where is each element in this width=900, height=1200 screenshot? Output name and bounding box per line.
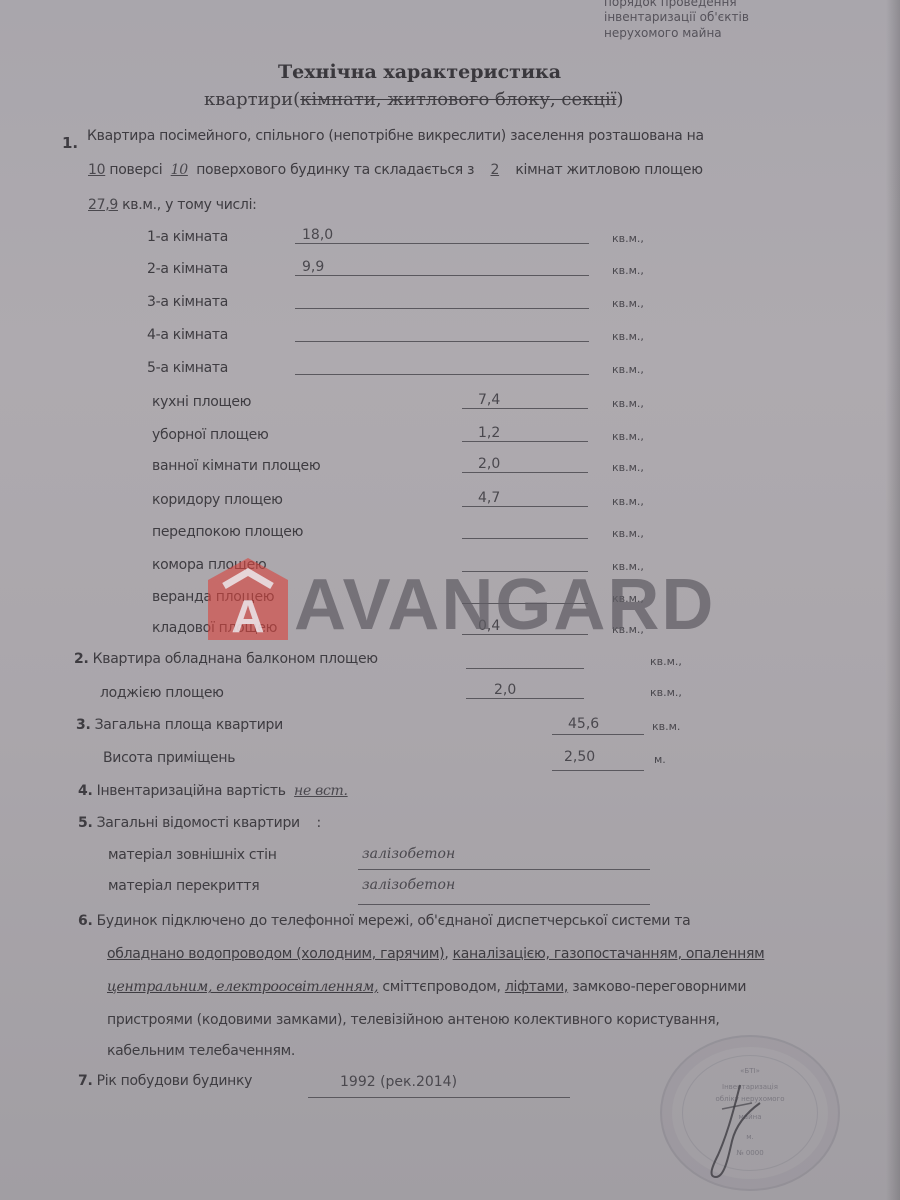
- room-area-line: [462, 538, 588, 539]
- section-6-text3b: замково-переговорними: [568, 979, 746, 995]
- section-4-line: 4. Інвентаризаційна вартість не вст.: [78, 783, 348, 799]
- avangard-logo-icon: A: [202, 556, 294, 642]
- document-subtitle: квартири(кімнати, житлового блоку, секці…: [204, 89, 624, 110]
- build-year-value: 1992 (рек.2014): [340, 1074, 457, 1090]
- general-info-label: Загальні відомості квартири: [97, 815, 300, 831]
- section-1-number: 1.: [62, 134, 78, 152]
- room-area-unit: кв.м.,: [612, 264, 644, 277]
- section-2-number: 2.: [74, 651, 88, 667]
- official-stamp: «БТІ» Інвентаризація обліку нерухомого м…: [660, 1035, 840, 1191]
- room-area-unit: кв.м.,: [612, 527, 644, 540]
- section-7-number: 7.: [78, 1073, 92, 1089]
- build-year-label: Рік побудови будинку: [97, 1073, 253, 1089]
- walls-line: [358, 869, 650, 870]
- height-line: [552, 770, 644, 771]
- room-area-value: 2,0: [478, 456, 500, 472]
- section-6-line1: 6. Будинок підключено до телефонної мере…: [78, 913, 690, 929]
- room-area-line: [462, 441, 588, 442]
- ceiling-line: [358, 904, 650, 905]
- total-area-line: [552, 734, 644, 735]
- room-area-line: [462, 506, 588, 507]
- room-area-value: 9,9: [302, 259, 324, 275]
- section-3-line1: 3. Загальна площа квартири: [76, 717, 283, 733]
- room-area-label: 2-а кімната: [147, 261, 228, 277]
- ceiling-value: залізобетон: [362, 877, 455, 893]
- room-area-unit: кв.м.,: [612, 461, 644, 474]
- height-value: 2,50: [564, 749, 595, 765]
- section-1-line1: Квартира посімейного, спільного (непотрі…: [87, 128, 704, 144]
- section-6-line4: пристроями (кодовими замками), телевізій…: [107, 1012, 720, 1028]
- section-6-text1: Будинок підключено до телефонної мережі,…: [97, 913, 691, 929]
- room-area-value: 7,4: [478, 392, 500, 408]
- balcony-unit: кв.м.,: [650, 655, 682, 668]
- room-area-label: 4-а кімната: [147, 327, 228, 343]
- section-7-line: 7. Рік побудови будинку: [78, 1073, 252, 1089]
- subtitle-struck: кімнати, житлового блоку, секції: [300, 89, 616, 110]
- section-4-number: 4.: [78, 783, 92, 799]
- avangard-watermark: A AVANGARD: [196, 556, 716, 644]
- room-area-unit: кв.м.,: [612, 330, 644, 343]
- room-area-label: 3-а кімната: [147, 294, 228, 310]
- section-5-number: 5.: [78, 815, 92, 831]
- rooms-label: кімнат житловою площею: [515, 162, 702, 178]
- room-area-unit: кв.м.,: [612, 232, 644, 245]
- floor-value: 10: [88, 162, 105, 178]
- room-area-label: кухні площею: [152, 394, 251, 410]
- height-label: Висота приміщень: [103, 750, 235, 766]
- room-area-label: 1-а кімната: [147, 229, 228, 245]
- room-area-label: коридору площею: [152, 492, 283, 508]
- general-info-colon: :: [316, 815, 320, 831]
- balcony-line: [466, 668, 584, 669]
- header-note-line: нерухомого майна: [604, 25, 722, 41]
- inventory-value: не вст.: [294, 783, 348, 799]
- section-2-line1: 2. Квартира обладнана балконом площею: [74, 651, 378, 667]
- loggia-line: [466, 698, 584, 699]
- room-area-line: [462, 472, 588, 473]
- section-3-number: 3.: [76, 717, 90, 733]
- room-area-unit: кв.м.,: [612, 363, 644, 376]
- subtitle-kept: квартири(: [204, 89, 300, 110]
- loggia-label: лоджією площею: [100, 685, 224, 701]
- room-area-unit: кв.м.,: [612, 495, 644, 508]
- total-area-value: 45,6: [568, 716, 599, 732]
- section-6-line5: кабельним телебаченням.: [107, 1043, 295, 1059]
- room-area-line: [295, 243, 589, 244]
- floors-total-value: 10: [171, 162, 188, 178]
- room-area-line: [295, 275, 589, 276]
- room-area-unit: кв.м.,: [612, 430, 644, 443]
- svg-text:A: A: [231, 590, 264, 642]
- section-6-sep: ,: [444, 946, 452, 962]
- height-unit: м.: [654, 753, 666, 766]
- room-area-value: 1,2: [478, 425, 500, 441]
- section-6-underlined-water: обладнано водопроводом (холодним, гарячи…: [107, 946, 444, 962]
- room-area-label: 5-а кімната: [147, 360, 228, 376]
- room-area-label: уборної площею: [152, 427, 268, 443]
- loggia-value: 2,0: [494, 682, 516, 698]
- room-area-line: [295, 308, 589, 309]
- room-area-label: ванної кімнати площею: [152, 458, 320, 474]
- section-6-text3a: сміттєпроводом,: [378, 979, 505, 995]
- balcony-label: Квартира обладнана балконом площею: [93, 651, 378, 667]
- room-area-line: [462, 408, 588, 409]
- build-year-line: [308, 1097, 570, 1098]
- section-1-line2: 10 поверсі 10 поверхового будинку та скл…: [88, 162, 703, 178]
- room-area-value: 18,0: [302, 227, 333, 243]
- living-area-value: 27,9: [88, 197, 118, 213]
- room-area-line: [295, 341, 589, 342]
- room-area-value: 4,7: [478, 490, 500, 506]
- loggia-unit: кв.м.,: [650, 686, 682, 699]
- room-area-unit: кв.м.,: [612, 397, 644, 410]
- room-area-label: передпокою площею: [152, 524, 303, 540]
- subtitle-close: ): [617, 89, 624, 110]
- section-6-number: 6.: [78, 913, 92, 929]
- section-5-line: 5. Загальні відомості квартири :: [78, 815, 321, 831]
- walls-value: залізобетон: [362, 846, 455, 862]
- signature-icon: [662, 1037, 838, 1189]
- room-area-unit: кв.м.,: [612, 297, 644, 310]
- inventory-value-label: Інвентаризаційна вартість: [97, 783, 286, 799]
- walls-label: матеріал зовнішніх стін: [108, 847, 277, 863]
- section-6-line2: обладнано водопроводом (холодним, гарячи…: [107, 946, 764, 962]
- watermark-text: AVANGARD: [294, 564, 715, 646]
- section-6-line3: центральним, електроосвітленням, сміттєп…: [107, 979, 746, 995]
- room-area-line: [295, 374, 589, 375]
- living-area-suffix: кв.м., у тому числі:: [122, 197, 256, 213]
- header-note-line: інвентаризації об'єктів: [604, 9, 749, 25]
- document-title: Технічна характеристика: [278, 61, 561, 83]
- section-1-line3: 27,9 кв.м., у тому числі:: [88, 197, 257, 213]
- section-6-underlined-central: центральним, електроосвітленням,: [107, 979, 378, 995]
- total-area-unit: кв.м.: [652, 720, 680, 733]
- section-6-underlined-utilities: каналізацією, газопостачанням, опаленням: [453, 946, 765, 962]
- section-6-underlined-lifts: ліфтами,: [505, 979, 568, 995]
- rooms-value: 2: [482, 162, 507, 178]
- ceiling-label: матеріал перекриття: [108, 878, 259, 894]
- floor-label: поверсі: [109, 162, 162, 178]
- floors-label: поверхового будинку та складається з: [196, 162, 474, 178]
- total-area-label: Загальна площа квартири: [95, 717, 283, 733]
- page-edge-shadow: [886, 0, 900, 1200]
